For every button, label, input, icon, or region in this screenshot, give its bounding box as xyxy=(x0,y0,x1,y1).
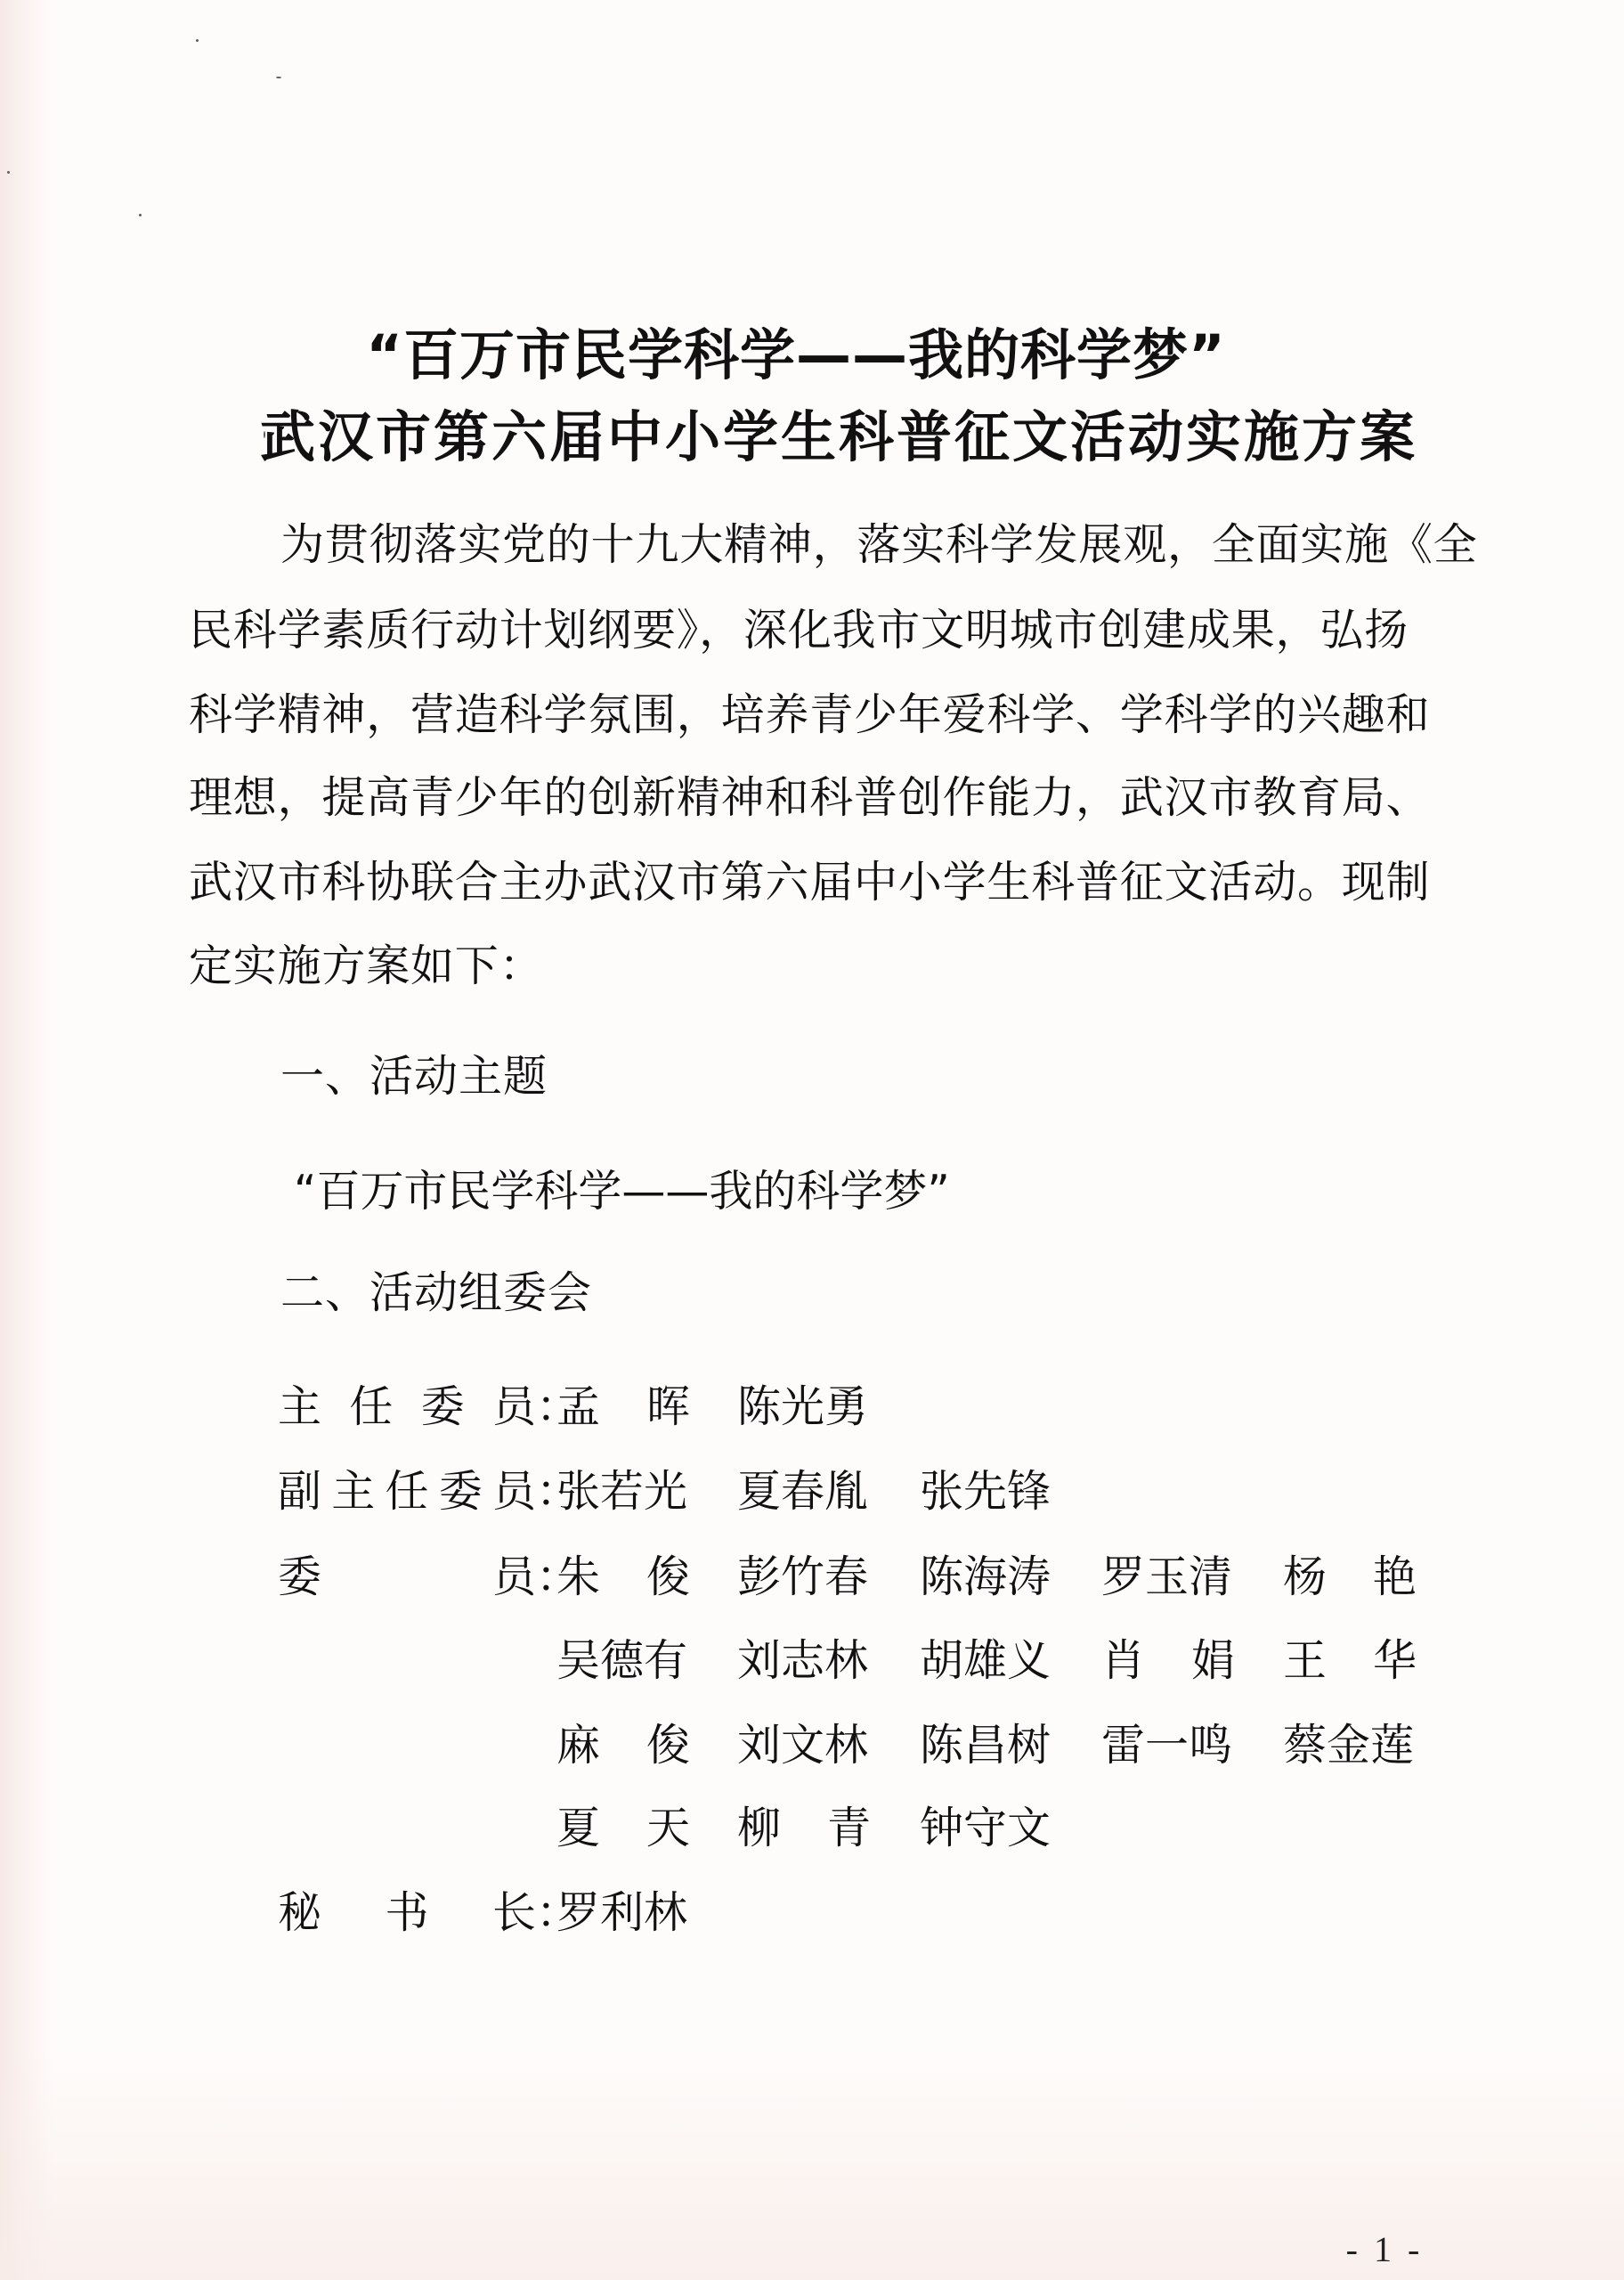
role-char: 员 xyxy=(492,1552,536,1602)
committee-row-director: 主 任 委 员 ： 孟晖 陈光勇 xyxy=(0,1382,1624,1436)
member-name: 雷一鸣 xyxy=(1101,1721,1232,1771)
role-char: 委 xyxy=(439,1467,483,1517)
document-title-line-1: “百万市民学科学——我的科学梦” xyxy=(0,328,1608,383)
member-name: 刘志林 xyxy=(737,1636,868,1686)
member-name: 麻俊 xyxy=(556,1721,690,1771)
role-char: 主 xyxy=(331,1467,375,1517)
intro-line-1: 为贯彻落实党的十九大精神，落实科学发展观，全面实施《全 xyxy=(280,520,1435,570)
scan-speck xyxy=(196,39,199,42)
member-name: 陈海涛 xyxy=(920,1552,1051,1602)
intro-line-2: 民科学素质行动计划纲要》，深化我市文明城市创建成果，弘扬 xyxy=(189,606,1435,655)
role-label-members: 委 员 ： xyxy=(278,1552,556,1602)
document-title-line-2: 武汉市第六届中小学生科普征文活动实施方案 xyxy=(27,410,1624,465)
member-name: 罗玉清 xyxy=(1101,1552,1232,1602)
intro-line-6: 定实施方案如下： xyxy=(189,941,1435,991)
page-number: - 1 - xyxy=(1327,2230,1442,2269)
member-name: 朱俊 xyxy=(556,1552,690,1602)
member-name: 王华 xyxy=(1283,1636,1417,1686)
name-char: 孟 xyxy=(556,1382,600,1432)
committee-row-members-2: 吴德有 刘志林 胡雄义 肖娟 王华 xyxy=(0,1636,1624,1690)
role-char: 任 xyxy=(349,1382,393,1432)
role-char: 员 xyxy=(492,1467,536,1517)
scan-speck xyxy=(139,214,142,216)
name-char: 晖 xyxy=(646,1382,690,1432)
intro-line-3: 科学精神，营造科学氛围，培养青少年爱科学、学科学的兴趣和 xyxy=(189,690,1435,740)
member-name: 张先锋 xyxy=(920,1467,1051,1517)
member-name: 张若光 xyxy=(556,1467,687,1517)
member-name: 夏春胤 xyxy=(737,1467,868,1517)
role-char: 主 xyxy=(278,1382,321,1432)
member-name: 吴德有 xyxy=(556,1636,687,1686)
member-name: 肖娟 xyxy=(1101,1636,1235,1686)
role-char: 委 xyxy=(278,1552,321,1602)
role-char: 员 xyxy=(492,1382,536,1432)
role-char: 任 xyxy=(385,1467,428,1517)
member-name: 蔡金莲 xyxy=(1283,1721,1414,1771)
role-label-director: 主 任 委 员 ： xyxy=(278,1382,556,1432)
member-name: 孟晖 xyxy=(556,1382,690,1432)
role-label-deputy-director: 副 主 任 委 员 ： xyxy=(278,1467,556,1517)
scan-speck xyxy=(7,171,10,174)
role-char: 长 xyxy=(492,1888,536,1938)
member-name: 胡雄义 xyxy=(920,1636,1051,1686)
role-char: 委 xyxy=(421,1382,465,1432)
member-name: 罗利林 xyxy=(556,1888,687,1938)
role-label-secretary-general: 秘 书 长 ： xyxy=(278,1888,556,1938)
section-heading-committee: 二、活动组委会 xyxy=(280,1268,592,1318)
committee-row-secretary-general: 秘 书 长 ： 罗利林 xyxy=(0,1888,1624,1942)
committee-row-members-3: 麻俊 刘文林 陈昌树 雷一鸣 蔡金莲 xyxy=(0,1721,1624,1774)
activity-theme-text: “百万市民学科学——我的科学梦” xyxy=(294,1167,950,1217)
role-char: 秘 xyxy=(278,1888,321,1938)
role-char: 副 xyxy=(278,1467,321,1517)
member-name: 刘文林 xyxy=(737,1721,868,1771)
member-name: 陈昌树 xyxy=(920,1721,1051,1771)
member-name: 彭竹春 xyxy=(737,1552,868,1602)
member-name: 钟守文 xyxy=(920,1804,1051,1853)
member-name: 柳青 xyxy=(737,1804,871,1853)
section-heading-theme: 一、活动主题 xyxy=(280,1052,548,1102)
intro-line-4: 理想，提高青少年的创新精神和科普创作能力，武汉市教育局、 xyxy=(189,773,1435,823)
member-name: 陈光勇 xyxy=(737,1382,868,1432)
intro-line-5: 武汉市科协联合主办武汉市第六届中小学生科普征文活动。现制 xyxy=(189,858,1435,908)
committee-row-deputy-director: 副 主 任 委 员 ： 张若光 夏春胤 张先锋 xyxy=(0,1467,1624,1520)
committee-row-members-4: 夏天 柳青 钟守文 xyxy=(0,1804,1624,1857)
member-name: 杨艳 xyxy=(1283,1552,1417,1602)
role-char: 书 xyxy=(385,1888,428,1938)
scan-speck xyxy=(276,77,281,78)
member-name: 夏天 xyxy=(556,1804,690,1853)
committee-row-members-1: 委 员 ： 朱俊 彭竹春 陈海涛 罗玉清 杨艳 xyxy=(0,1552,1624,1606)
